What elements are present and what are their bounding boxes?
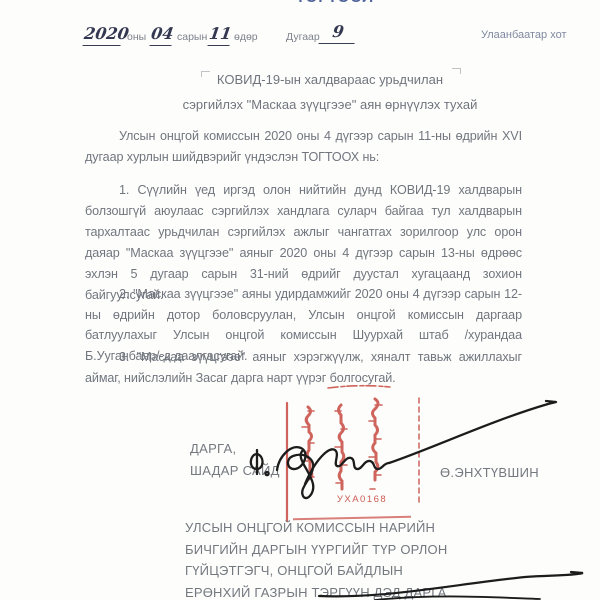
crop-mark-right-icon: [452, 68, 461, 74]
secondary-signature-stroke: [315, 570, 595, 600]
scanned-decree-document: ТОГТООЛ 2020 оны 04 сарын 11 өдөр Дугаар…: [0, 0, 600, 600]
document-title: КОВИД-19-ын халдвараас урьдчилан сэргийл…: [105, 67, 555, 117]
city-label: Улаанбаатар хот: [481, 29, 567, 41]
footer-line-1: УЛСЫН ОНЦГОЙ КОМИССЫН НАРИЙН: [185, 517, 515, 539]
document-title-line2: сэргийлэх "Маскаа зүүцгээе" аян өрнүүлэх…: [105, 92, 555, 117]
signer-title-line1: ДАРГА,: [190, 441, 236, 456]
number-label: Дугаар: [286, 31, 320, 43]
day-handwritten: 11: [207, 24, 232, 46]
year-handwritten: 2020: [82, 24, 123, 46]
document-type-heading: ТОГТООЛ: [280, 0, 390, 6]
number-handwritten: 9: [318, 22, 357, 44]
signature-stroke: [243, 390, 573, 505]
month-handwritten: 04: [149, 24, 174, 46]
footer-line-2: БИЧГИЙН ДАРГЫН ҮҮРГИЙГ ТҮР ОРЛОН: [185, 539, 515, 561]
preamble-paragraph: Улсын онцгой комиссын 2020 оны 4 дүгээр …: [85, 126, 522, 168]
year-label: оны: [127, 31, 146, 43]
crop-mark-left-icon: [201, 71, 210, 77]
document-title-line1: КОВИД-19-ын халдвараас урьдчилан: [105, 67, 555, 92]
day-label: өдөр: [234, 31, 258, 43]
month-label: сарын: [177, 31, 207, 43]
